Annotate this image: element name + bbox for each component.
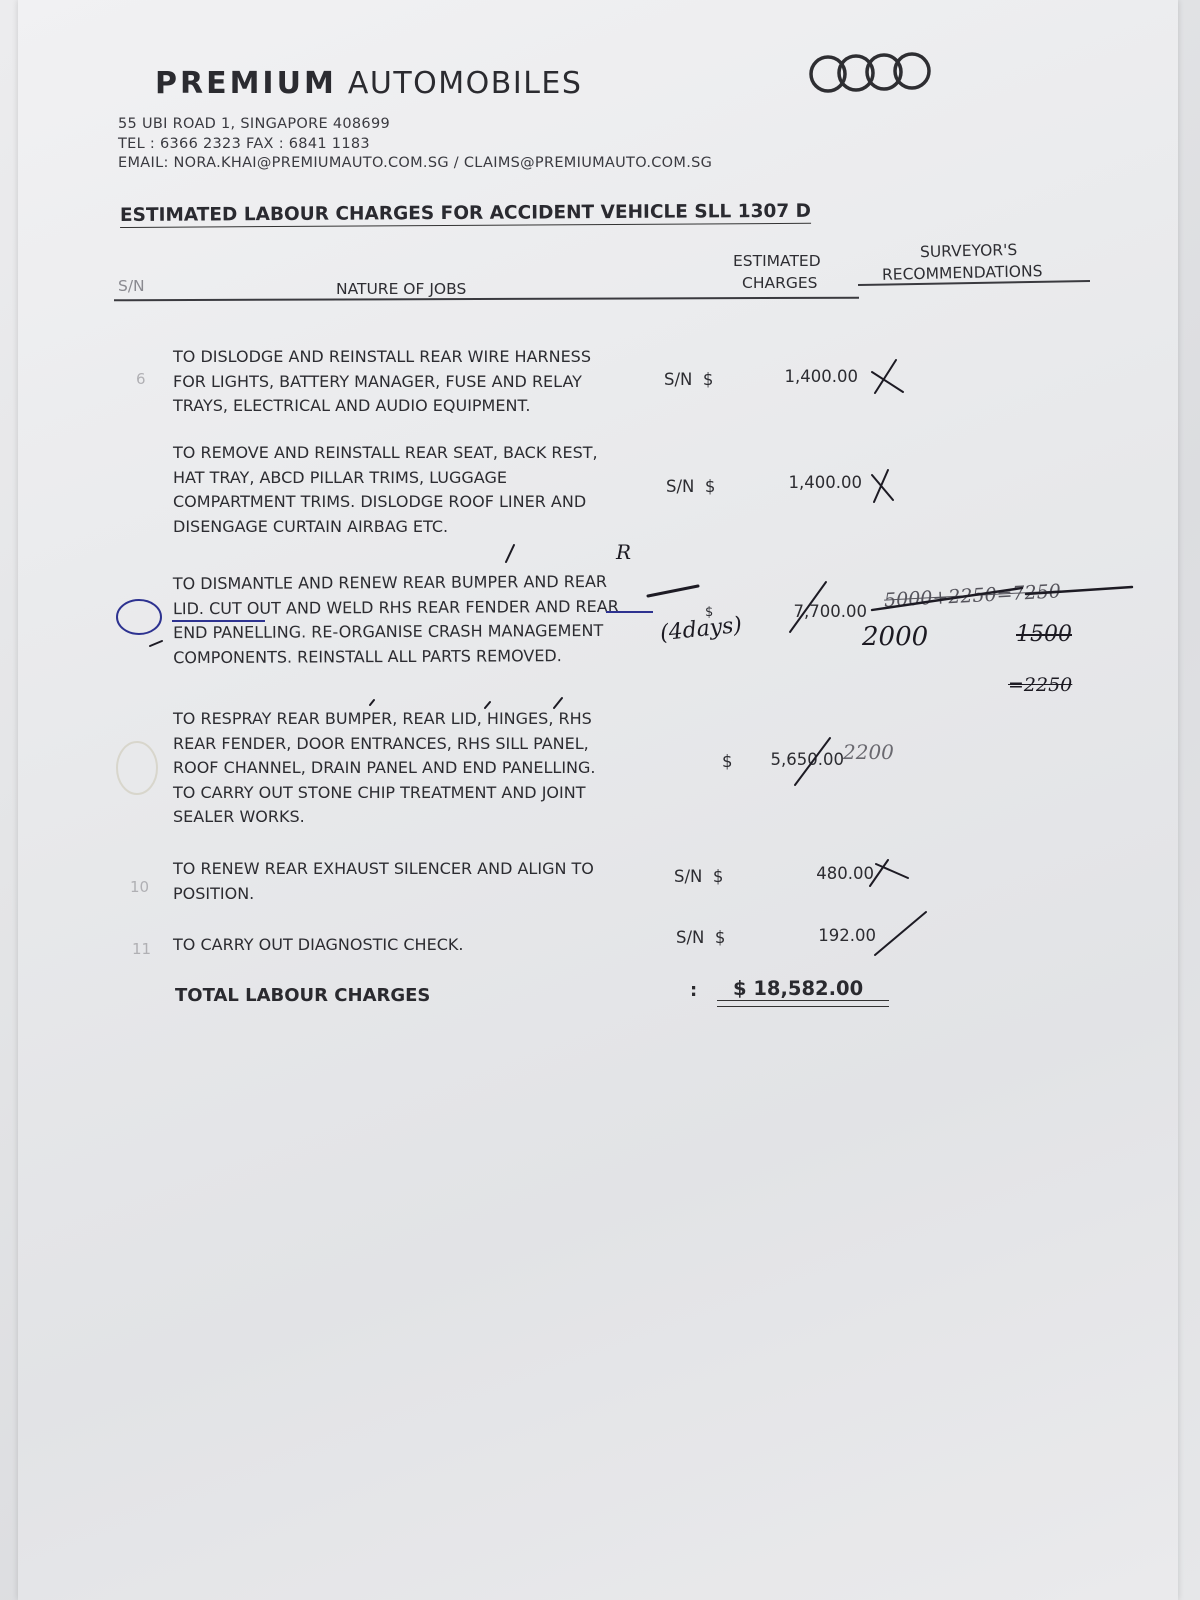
- cross-mark-icon: [870, 860, 908, 886]
- check-mark-icon: [875, 912, 926, 955]
- handwritten-marks: [0, 0, 1200, 1600]
- cross-mark-icon: [872, 470, 893, 502]
- circled-sn-mark: [117, 600, 161, 634]
- cross-mark-icon: [872, 360, 903, 393]
